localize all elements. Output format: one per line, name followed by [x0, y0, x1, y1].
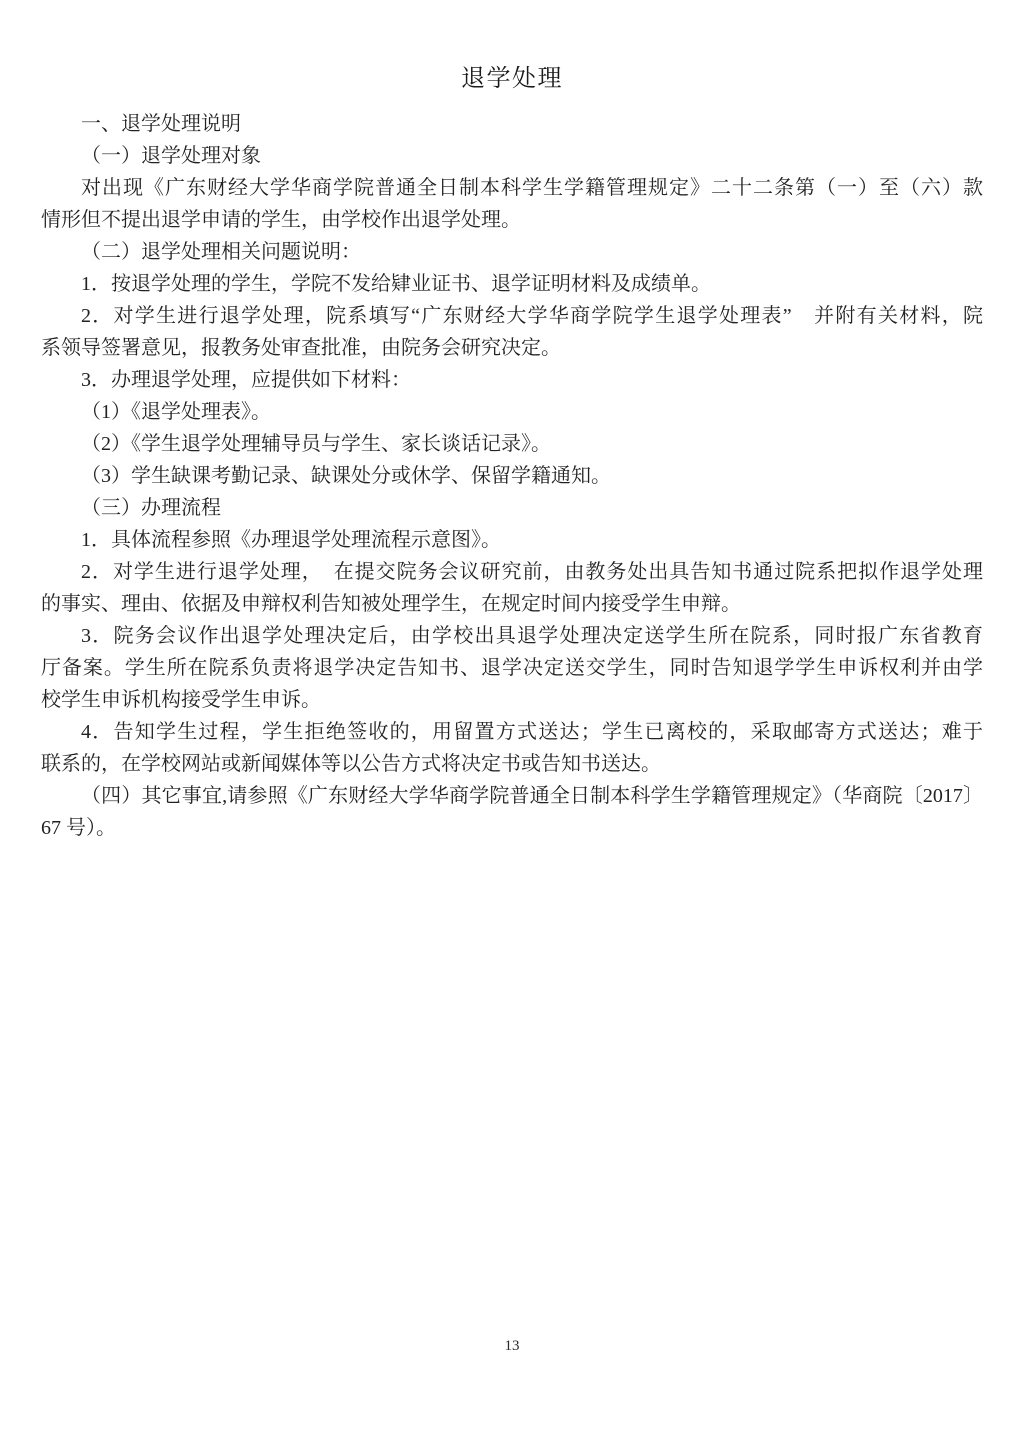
page-number: 13	[0, 1338, 1024, 1355]
list-item: （3）学生缺课考勤记录、缺课处分或休学、保留学籍通知。	[41, 460, 983, 492]
text-line: 校学生申诉机构接受学生申诉。	[41, 684, 983, 716]
text-line: 厅备案。学生所在院系负责将退学决定告知书、退学决定送交学生，同时告知退学学生申诉…	[41, 652, 983, 684]
list-item: 1．按退学处理的学生，学院不发给肄业证书、退学证明材料及成绩单。	[41, 268, 983, 300]
page-title: 退学处理	[0, 58, 1024, 93]
list-item: 1．具体流程参照《办理退学处理流程示意图》。	[41, 524, 983, 556]
list-item: 2．对学生进行退学处理，院系填写“广东财经大学华商学院学生退学处理表” 并附有关…	[41, 300, 983, 332]
list-item: （2）《学生退学处理辅导员与学生、家长谈话记录》。	[41, 428, 983, 460]
document-page: 退学处理 一、退学处理说明 （一）退学处理对象 对出现《广东财经大学华商学院普通…	[0, 0, 1024, 1447]
section-heading: 一、退学处理说明	[41, 108, 983, 140]
list-item: 2．对学生进行退学处理， 在提交院务会议研究前，由教务处出具告知书通过院系把拟作…	[41, 556, 983, 588]
list-item: 3．院务会议作出退学处理决定后，由学校出具退学处理决定送学生所在院系，同时报广东…	[41, 620, 983, 652]
subsection-heading: （三）办理流程	[41, 492, 983, 524]
list-item: （1）《退学处理表》。	[41, 396, 983, 428]
text-line: 对出现《广东财经大学华商学院普通全日制本科学生学籍管理规定》二十二条第（一）至（…	[41, 172, 983, 204]
subsection-heading: （一）退学处理对象	[41, 140, 983, 172]
subsection-heading: （四）其它事宜,请参照《广东财经大学华商学院普通全日制本科学生学籍管理规定》（华…	[41, 780, 983, 812]
text-line: 系领导签署意见，报教务处审查批准，由院务会研究决定。	[41, 332, 983, 364]
list-item: 4．告知学生过程，学生拒绝签收的，用留置方式送达；学生已离校的，采取邮寄方式送达…	[41, 716, 983, 748]
subsection-heading: （二）退学处理相关问题说明：	[41, 236, 983, 268]
document-body: 一、退学处理说明 （一）退学处理对象 对出现《广东财经大学华商学院普通全日制本科…	[41, 108, 983, 844]
text-line: 67 号）。	[41, 812, 983, 844]
list-item: 3．办理退学处理，应提供如下材料：	[41, 364, 983, 396]
text-line: 联系的，在学校网站或新闻媒体等以公告方式将决定书或告知书送达。	[41, 748, 983, 780]
text-line: 的事实、理由、依据及申辩权利告知被处理学生，在规定时间内接受学生申辩。	[41, 588, 983, 620]
text-line: 情形但不提出退学申请的学生，由学校作出退学处理。	[41, 204, 983, 236]
